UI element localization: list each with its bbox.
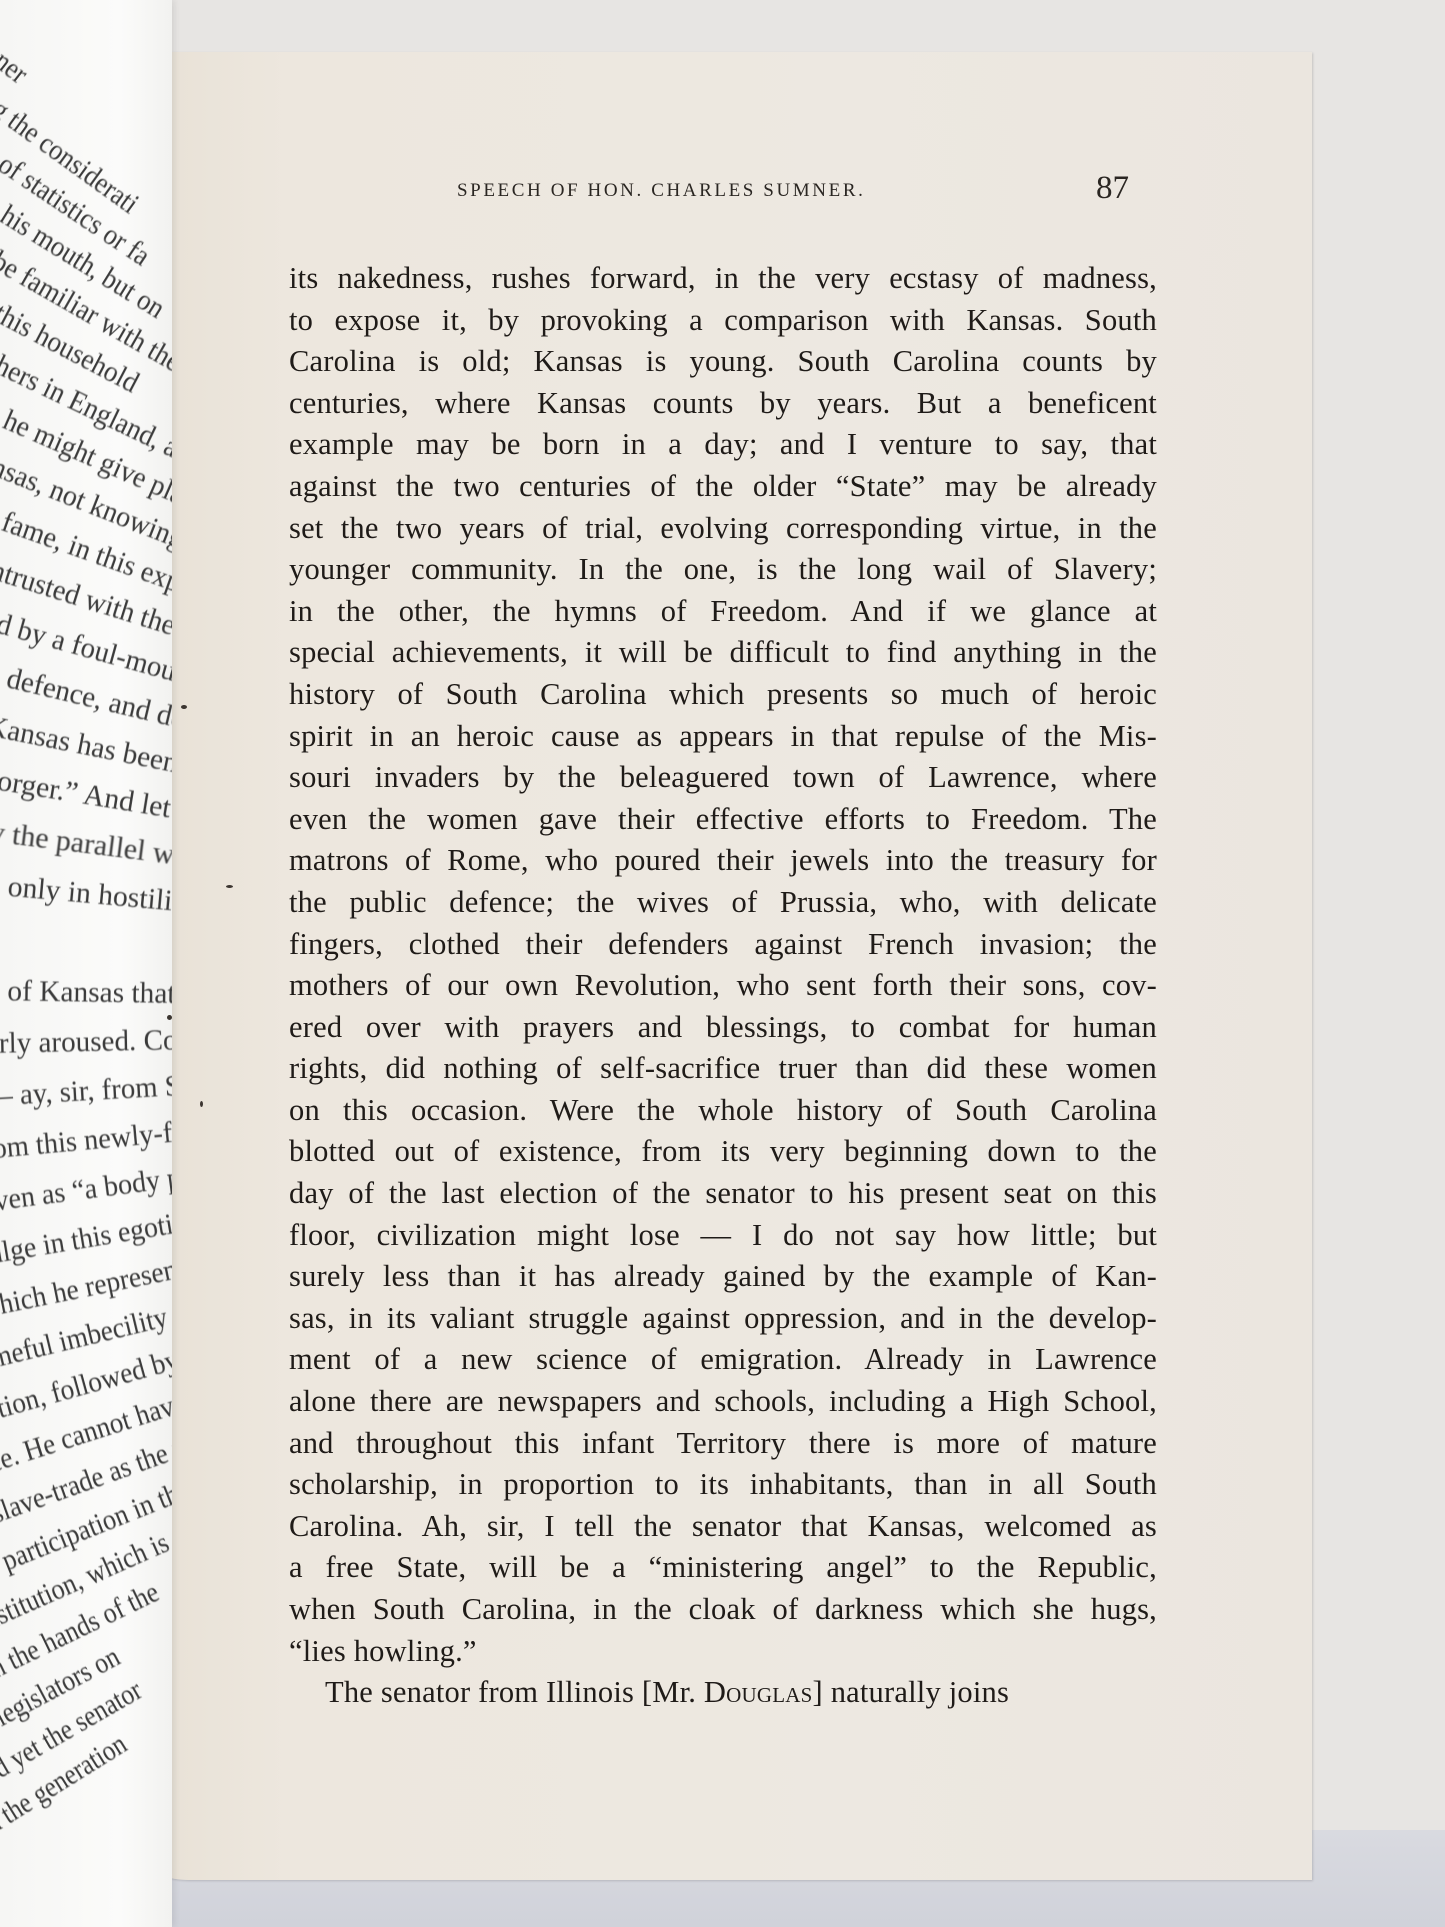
- page-body-text: its nakedness, rushes forward, in the ve…: [289, 258, 1157, 1714]
- text-line: souri invaders by the beleaguered town o…: [289, 757, 1157, 799]
- text-line: the public defence; the wives of Prussia…: [289, 882, 1157, 924]
- text-line: mothers of our own Revolution, who sent …: [289, 965, 1157, 1007]
- text-line: rights, did nothing of self-sacrifice tr…: [289, 1048, 1157, 1090]
- text-line: Carolina. Ah, sir, I tell the senator th…: [289, 1506, 1157, 1548]
- paper-speck: [200, 1101, 203, 1107]
- text-line: day of the last election of the senator …: [289, 1173, 1157, 1215]
- text-line: scholarship, in proportion to its inhabi…: [289, 1464, 1157, 1506]
- text-line: against the two centuries of the older “…: [289, 466, 1157, 508]
- text-line: special achievements, it will be difficu…: [289, 632, 1157, 674]
- text-line: centuries, where Kansas counts by years.…: [289, 383, 1157, 425]
- left-page-text-line: e of Kansas that the: [0, 974, 172, 1012]
- text-line: blotted out of existence, from its very …: [289, 1131, 1157, 1173]
- left-page-text-line: — ay, sir, from South Ca: [0, 1064, 172, 1114]
- paper-speck: [181, 705, 187, 709]
- text-line: matrons of Rome, who poured their jewels…: [289, 840, 1157, 882]
- text-line: when South Carolina, in the cloak of dar…: [289, 1589, 1157, 1631]
- text-line: set the two years of trial, evolving cor…: [289, 508, 1157, 550]
- text-line: on this occasion. Were the whole history…: [289, 1090, 1157, 1132]
- page-number: 87: [1096, 170, 1129, 207]
- text-line: sas, in its valiant struggle against opp…: [289, 1298, 1157, 1340]
- text-line: “lies howling.”: [289, 1631, 1157, 1673]
- text-line: fingers, clothed their defenders against…: [289, 924, 1157, 966]
- text-line: ered over with prayers and blessings, to…: [289, 1007, 1157, 1049]
- left-page-text-line: even as “a body politic: [0, 1153, 172, 1220]
- final-paragraph-line: The senator from Illinois [Mr. Douglas] …: [289, 1672, 1157, 1714]
- text-line: alone there are newspapers and schools, …: [289, 1381, 1157, 1423]
- text-line: to expose it, by provoking a comparison …: [289, 300, 1157, 342]
- text-line: and throughout this infant Territory the…: [289, 1423, 1157, 1465]
- text-line: spirit in an heroic cause as appears in …: [289, 716, 1157, 758]
- text-line: surely less than it has already gained b…: [289, 1256, 1157, 1298]
- left-page-text-line: arly aroused. Coming: [0, 1022, 172, 1061]
- running-head: SPEECH OF HON. CHARLES SUMNER.: [457, 180, 865, 202]
- text-line: example may be born in a day; and I vent…: [289, 424, 1157, 466]
- text-line: floor, civilization might lose — I do no…: [289, 1215, 1157, 1257]
- left-page-text-line: umner: [0, 24, 34, 91]
- text-line: in the other, the hymns of Freedom. And …: [289, 591, 1157, 633]
- text-line: Carolina is old; Kansas is young. South …: [289, 341, 1157, 383]
- text-line: younger community. In the one, is the lo…: [289, 549, 1157, 591]
- text-line: history of South Carolina which presents…: [289, 674, 1157, 716]
- text-line: its nakedness, rushes forward, in the ve…: [289, 258, 1157, 300]
- text-line: ment of a new science of emigration. Alr…: [289, 1339, 1157, 1381]
- final-line-start: The senator from Illinois [Mr.: [325, 1675, 704, 1709]
- text-line: even the women gave their effective effo…: [289, 799, 1157, 841]
- speaker-name: Douglas: [704, 1675, 813, 1709]
- text-line: a free State, will be a “ministering ang…: [289, 1547, 1157, 1589]
- final-line-end: ] naturally joins: [813, 1675, 1010, 1709]
- paper-speck: [167, 1015, 172, 1020]
- left-page-text-line: s only in hostility to Free: [0, 868, 172, 928]
- left-page: umnerting the consideratiile of statisti…: [0, 0, 172, 1927]
- left-page-text-line: rom this newly-formed: [0, 1109, 172, 1167]
- paper-speck: [226, 885, 233, 888]
